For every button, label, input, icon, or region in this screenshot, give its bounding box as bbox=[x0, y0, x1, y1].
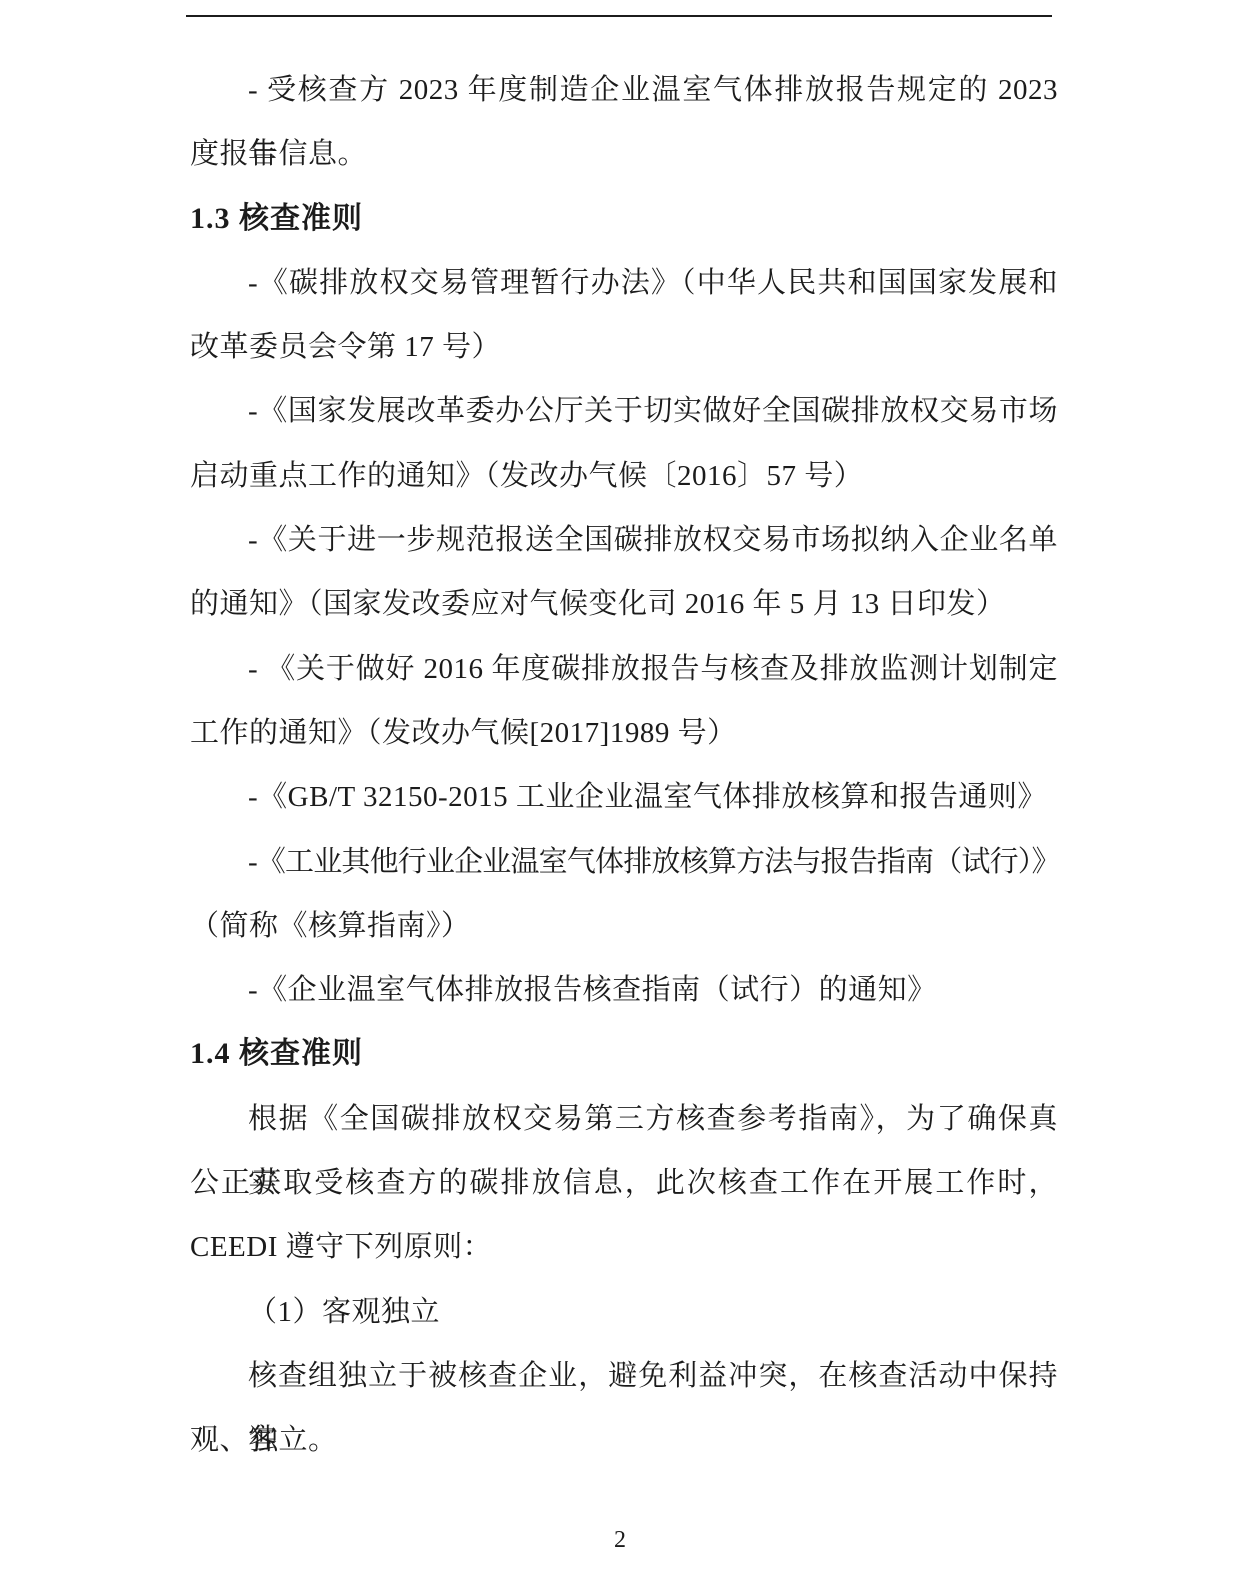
paragraph-line: -《关于进一步规范报送全国碳排放权交易市场拟纳入企业名单 bbox=[190, 508, 1058, 572]
paragraph-line: （1）客观独立 bbox=[190, 1280, 1058, 1344]
paragraph-line: 观、独立。 bbox=[190, 1408, 1058, 1472]
paragraph-line: -《碳排放权交易管理暂行办法》（中华人民共和国国家发展和 bbox=[190, 251, 1058, 315]
paragraph-line: 公正获取受核查方的碳排放信息，此次核查工作在开展工作时， bbox=[190, 1151, 1058, 1215]
paragraph-line: 核查组独立于被核查企业，避免利益冲突，在核查活动中保持客 bbox=[190, 1344, 1058, 1408]
header-rule bbox=[186, 15, 1052, 17]
paragraph-line: - 《关于做好 2016 年度碳排放报告与核查及排放监测计划制定 bbox=[190, 637, 1058, 701]
paragraph-line: 改革委员会令第 17 号） bbox=[190, 315, 1058, 379]
section-heading-1-3: 1.3 核查准则 bbox=[190, 187, 1058, 251]
paragraph-line: （简称《核算指南》） bbox=[190, 894, 1058, 958]
page-number: 2 bbox=[0, 1520, 1240, 1560]
paragraph-line: -《企业温室气体排放报告核查指南（试行）的通知》 bbox=[190, 958, 1058, 1022]
paragraph-line: 的通知》（国家发改委应对气候变化司 2016 年 5 月 13 日印发） bbox=[190, 572, 1058, 636]
paragraph-line: 度报告信息。 bbox=[190, 122, 1058, 186]
document-body: - 受核查方 2023 年度制造企业温室气体排放报告规定的 2023 年 度报告… bbox=[190, 58, 1058, 1473]
paragraph-line: -《工业其他行业企业温室气体排放核算方法与报告指南（试行）》 bbox=[190, 830, 1058, 894]
paragraph-line: -《国家发展改革委办公厅关于切实做好全国碳排放权交易市场 bbox=[190, 379, 1058, 443]
paragraph-line: 启动重点工作的通知》（发改办气候〔2016〕57 号） bbox=[190, 444, 1058, 508]
paragraph-line: CEEDI 遵守下列原则： bbox=[190, 1215, 1058, 1279]
section-heading-1-4: 1.4 核查准则 bbox=[190, 1022, 1058, 1086]
paragraph-line: 工作的通知》（发改办气候[2017]1989 号） bbox=[190, 701, 1058, 765]
document-page: - 受核查方 2023 年度制造企业温室气体排放报告规定的 2023 年 度报告… bbox=[0, 0, 1240, 1575]
paragraph-line: 根据《全国碳排放权交易第三方核查参考指南》，为了确保真实 bbox=[190, 1087, 1058, 1151]
paragraph-line: - 受核查方 2023 年度制造企业温室气体排放报告规定的 2023 年 bbox=[190, 58, 1058, 122]
paragraph-line: -《GB/T 32150-2015 工业企业温室气体排放核算和报告通则》 bbox=[190, 765, 1058, 829]
